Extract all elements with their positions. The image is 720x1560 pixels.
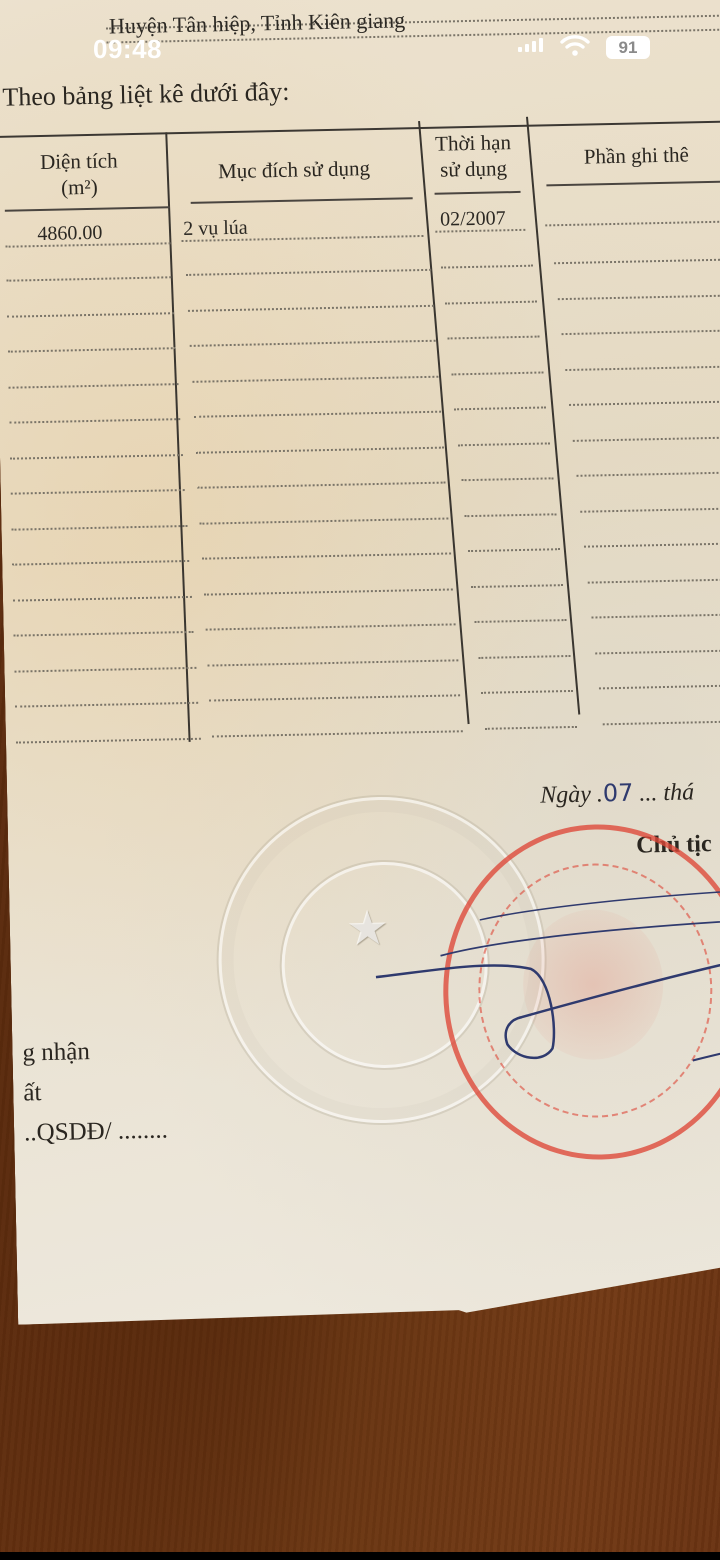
status-time: 09:48 [93, 34, 162, 65]
battery-icon: 91 [606, 36, 650, 59]
wifi-icon [560, 34, 590, 56]
bottom-bar [0, 1552, 720, 1560]
handwritten-signature [0, 0, 720, 1325]
cellular-signal-icon [518, 38, 548, 52]
land-use-certificate-page: Xã Thạnh Đông A Huyện Tân hiệp, Tỉnh Kiê… [0, 0, 720, 1325]
